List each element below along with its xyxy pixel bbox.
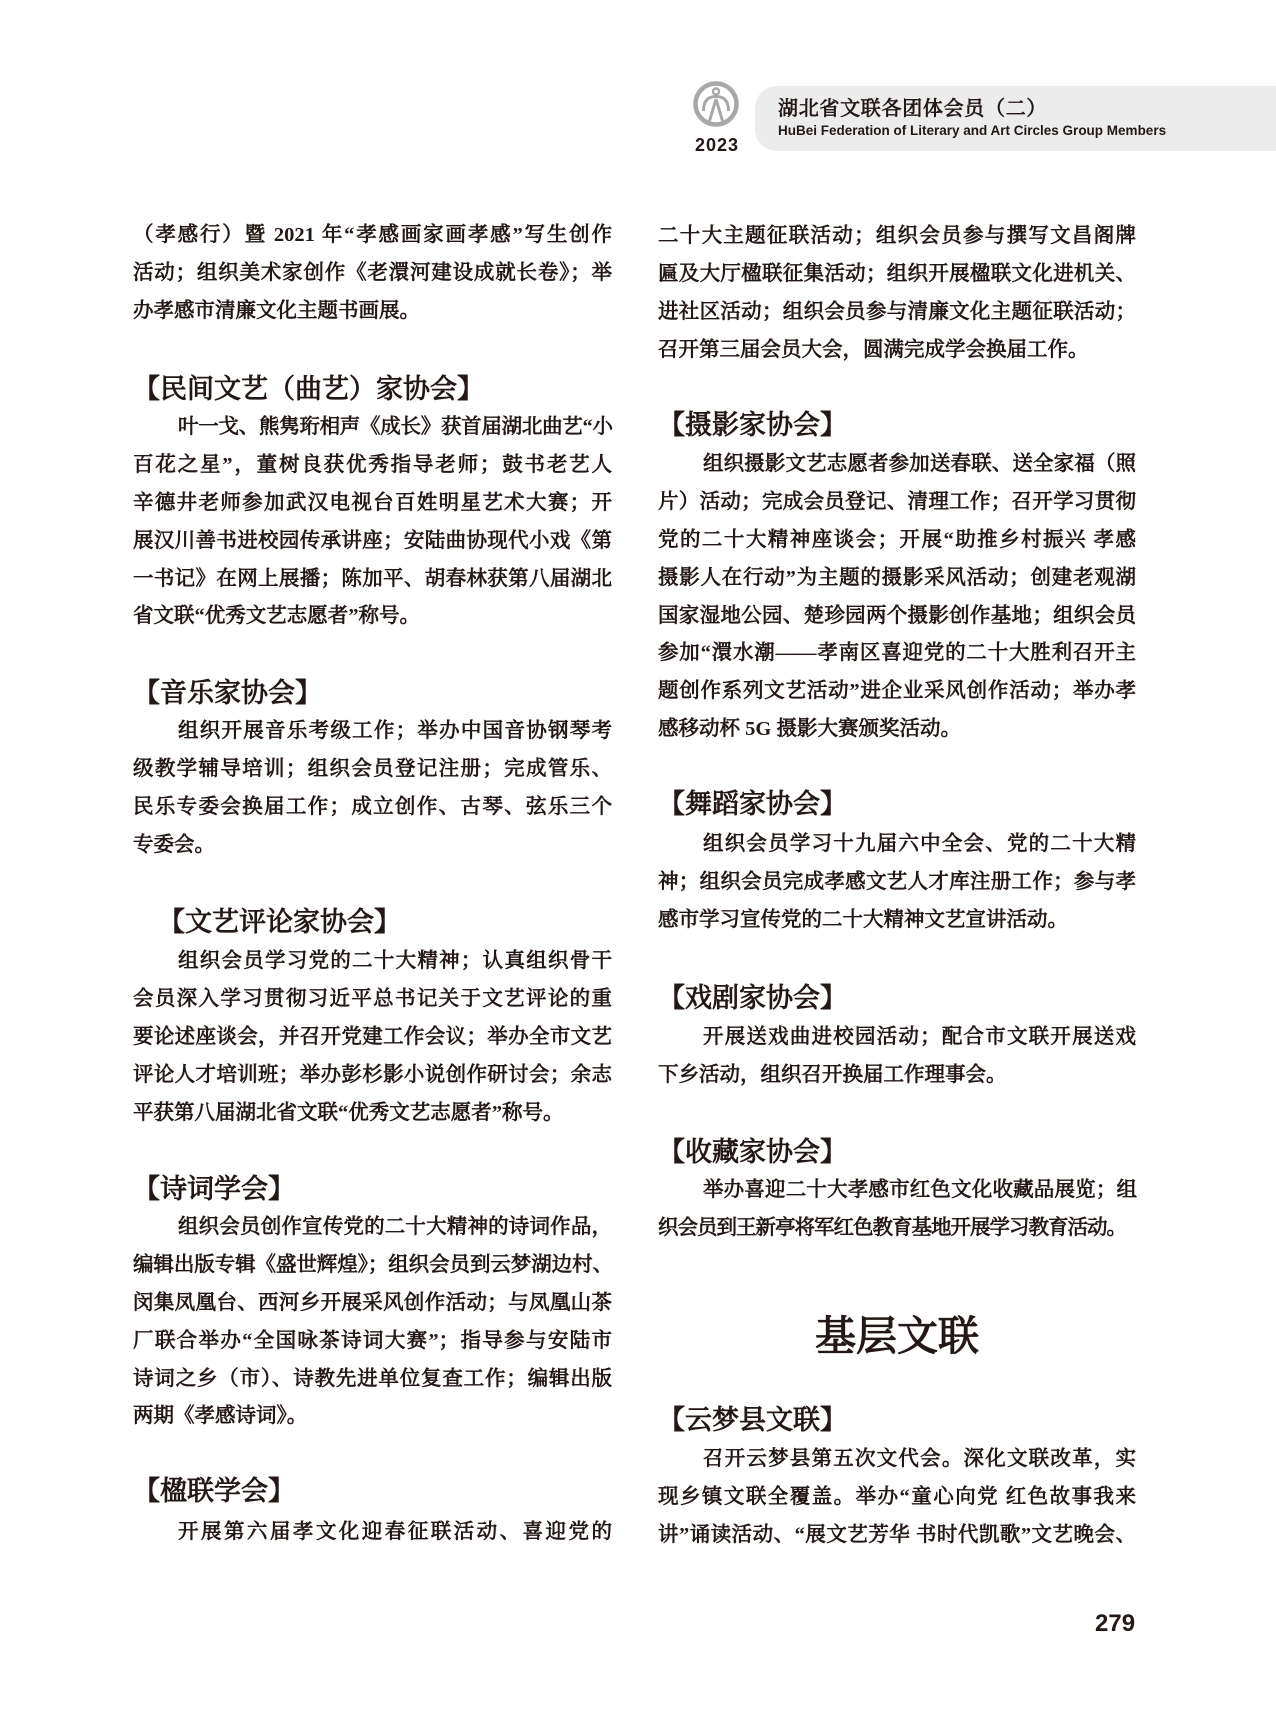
section-body-drama: 开展送戏曲进校园活动；配合市文联开展送戏 下乡活动，组织召开换届工作理事会。 <box>658 1019 1136 1095</box>
section-body-literary-criticism: 组织会员学习党的二十大精神；认真组织骨干 会员深入学习贯彻习近平总书记关于文艺评… <box>133 943 612 1132</box>
text-line: 组织会员学习党的二十大精神；认真组织骨干 <box>133 943 612 981</box>
logo-year: 2023 <box>690 135 744 155</box>
text-line: 国家湿地公园、楚珍园两个摄影创作基地；组织会员 <box>658 598 1136 636</box>
text-line: 省文联“优秀文艺志愿者”称号。 <box>133 598 612 636</box>
text-line: 开展第六届孝文化迎春征联活动、喜迎党的 <box>133 1514 612 1552</box>
text-line: 活动；组织美术家创作《老澴河建设成就长卷》；举 <box>133 255 612 293</box>
section-heading-folk-arts: 【民间文艺（曲艺）家协会】 <box>133 371 484 409</box>
text-line: 一书记》在网上展播；陈加平、胡春林获第八届湖北 <box>133 561 612 599</box>
text-line: 题创作系列文艺活动”进企业采风创作活动；举办孝 <box>658 673 1136 711</box>
text-line: 闵集凤凰台、西河乡开展采风创作活动；与凤凰山茶 <box>133 1285 612 1323</box>
text-line: 百花之星”，董树良获优秀指导老师；鼓书老艺人 <box>133 447 612 485</box>
section-heading-poetry: 【诗词学会】 <box>133 1171 295 1209</box>
text-line: 两期《孝感诗词》。 <box>133 1398 612 1436</box>
section-body-collectors: 举办喜迎二十大孝感市红色文化收藏品展览；组 织会员到王新亭将军红色教育基地开展学… <box>658 1172 1136 1248</box>
text-line: 级教学辅导培训；组织会员登记注册；完成管乐、 <box>133 751 612 789</box>
text-line: 感市学习宣传党的二十大精神文艺宣讲活动。 <box>658 902 1136 940</box>
text-line: 组织会员创作宣传党的二十大精神的诗词作品， <box>133 1209 612 1247</box>
text-line: 编辑出版专辑《盛世辉煌》；组织会员到云梦湖边村、 <box>133 1247 612 1285</box>
running-title-english: HuBei Federation of Literary and Art Cir… <box>778 122 1166 140</box>
section-heading-photography: 【摄影家协会】 <box>658 407 847 445</box>
continued-paragraph-right: 二十大主题征联活动；组织会员参与撰写文昌阁牌 匾及大厅楹联征集活动；组织开展楹联… <box>658 218 1136 370</box>
section-heading-literary-criticism: 【文艺评论家协会】 <box>158 904 401 942</box>
section-heading-collectors: 【收藏家协会】 <box>658 1134 847 1172</box>
text-line: 匾及大厅楹联征集活动；组织开展楹联文化进机关、 <box>658 256 1136 294</box>
text-line: 下乡活动，组织召开换届工作理事会。 <box>658 1057 1136 1095</box>
text-line: 组织摄影文艺志愿者参加送春联、送全家福（照 <box>658 446 1136 484</box>
text-line: 叶一戈、熊隽珩相声《成长》获首届湖北曲艺“小 <box>133 409 612 447</box>
section-heading-dance: 【舞蹈家协会】 <box>658 786 847 824</box>
text-line: 片）活动；完成会员登记、清理工作；召开学习贯彻 <box>658 484 1136 522</box>
section-body-music: 组织开展音乐考级工作；举办中国音协钢琴考 级教学辅导培训；组织会员登记注册；完成… <box>133 713 612 865</box>
text-line: 进社区活动；组织会员参与清廉文化主题征联活动； <box>658 294 1136 332</box>
text-line: 摄影人在行动”为主题的摄影采风活动；创建老观湖 <box>658 560 1136 598</box>
continued-paragraph-left: （孝感行）暨 2021 年“孝感画家画孝感”写生创作 活动；组织美术家创作《老澴… <box>133 217 612 331</box>
text-line: 展汉川善书进校园传承讲座；安陆曲协现代小戏《第 <box>133 523 612 561</box>
text-line: 讲”诵读活动、“展文艺芳华 书时代凯歌”文艺晚会、 <box>658 1517 1136 1555</box>
text-line: 平获第八届湖北省文联“优秀文艺志愿者”称号。 <box>133 1095 612 1133</box>
chapter-heading-grassroots-federations: 基层文联 <box>658 1311 1136 1361</box>
text-line: 厂联合举办“全国咏茶诗词大赛”；指导参与安陆市 <box>133 1323 612 1361</box>
document-page: 2023 湖北省文联各团体会员（二） HuBei Federation of L… <box>0 0 1276 1719</box>
text-line: 党的二十大精神座谈会；开展“助推乡村振兴 孝感 <box>658 522 1136 560</box>
page-number: 279 <box>1095 1612 1135 1636</box>
text-line: 办孝感市清廉文化主题书画展。 <box>133 293 612 331</box>
text-line: 感移动杯 5G 摄影大赛颁奖活动。 <box>658 711 1136 749</box>
text-line: 要论述座谈会，并召开党建工作会议；举办全市文艺 <box>133 1019 612 1057</box>
text-line: 评论人才培训班；举办彭杉影小说创作研讨会；余志 <box>133 1057 612 1095</box>
section-body-yunmeng-county: 召开云梦县第五次文代会。深化文联改革，实 现乡镇文联全覆盖。举办“童心向党 红色… <box>658 1441 1136 1555</box>
hubei-federation-emblem-icon <box>692 80 740 128</box>
section-heading-yunmeng-county: 【云梦县文联】 <box>658 1402 847 1440</box>
text-line: 召开第三届会员大会，圆满完成学会换届工作。 <box>658 332 1136 370</box>
text-line: 举办喜迎二十大孝感市红色文化收藏品展览；组 <box>658 1172 1136 1210</box>
text-line: 现乡镇文联全覆盖。举办“童心向党 红色故事我来 <box>658 1479 1136 1517</box>
text-line: 诗词之乡（市）、诗教先进单位复查工作；编辑出版 <box>133 1361 612 1399</box>
text-line: 参加“澴水潮——孝南区喜迎党的二十大胜利召开主 <box>658 635 1136 673</box>
text-line: （孝感行）暨 2021 年“孝感画家画孝感”写生创作 <box>133 217 612 255</box>
section-body-folk-arts: 叶一戈、熊隽珩相声《成长》获首届湖北曲艺“小 百花之星”，董树良获优秀指导老师；… <box>133 409 612 636</box>
text-line: 会员深入学习贯彻习近平总书记关于文艺评论的重 <box>133 981 612 1019</box>
text-line: 召开云梦县第五次文代会。深化文联改革，实 <box>658 1441 1136 1479</box>
text-line: 二十大主题征联活动；组织会员参与撰写文昌阁牌 <box>658 218 1136 256</box>
text-line: 民乐专委会换届工作；成立创作、古琴、弦乐三个 <box>133 789 612 827</box>
section-body-dance: 组织会员学习十九届六中全会、党的二十大精 神；组织会员完成孝感文艺人才库注册工作… <box>658 826 1136 940</box>
section-body-couplets: 开展第六届孝文化迎春征联活动、喜迎党的 <box>133 1514 612 1552</box>
section-body-photography: 组织摄影文艺志愿者参加送春联、送全家福（照 片）活动；完成会员登记、清理工作；召… <box>658 446 1136 749</box>
text-line: 辛德井老师参加武汉电视台百姓明星艺术大赛；开 <box>133 485 612 523</box>
text-line: 组织开展音乐考级工作；举办中国音协钢琴考 <box>133 713 612 751</box>
text-line: 组织会员学习十九届六中全会、党的二十大精 <box>658 826 1136 864</box>
text-line: 神；组织会员完成孝感文艺人才库注册工作；参与孝 <box>658 864 1136 902</box>
section-heading-drama: 【戏剧家协会】 <box>658 980 847 1018</box>
text-line: 专委会。 <box>133 827 612 865</box>
running-title-chinese: 湖北省文联各团体会员（二） <box>778 96 1047 120</box>
section-heading-couplets: 【楹联学会】 <box>133 1473 295 1511</box>
text-line: 织会员到王新亭将军红色教育基地开展学习教育活动。 <box>658 1210 1136 1248</box>
section-body-poetry: 组织会员创作宣传党的二十大精神的诗词作品， 编辑出版专辑《盛世辉煌》；组织会员到… <box>133 1209 612 1436</box>
section-heading-music: 【音乐家协会】 <box>133 675 322 713</box>
text-line: 开展送戏曲进校园活动；配合市文联开展送戏 <box>658 1019 1136 1057</box>
